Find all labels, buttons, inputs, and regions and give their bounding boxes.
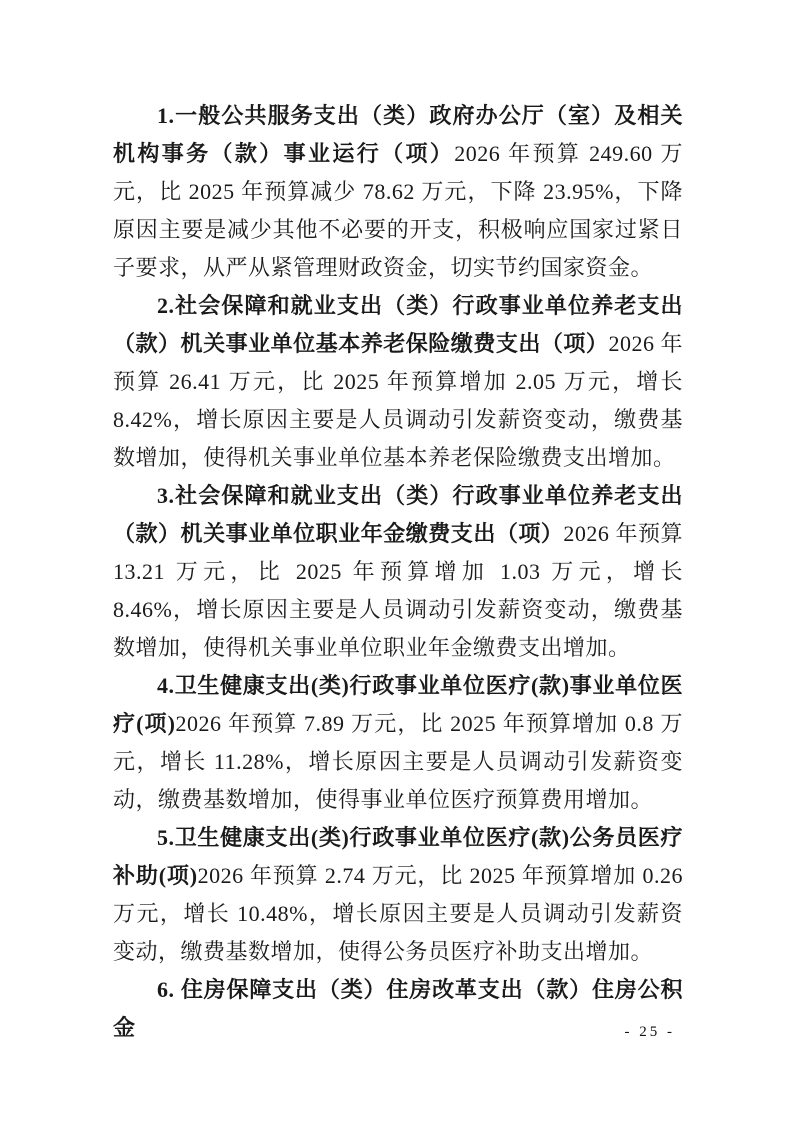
budget-paragraph-5: 5.卫生健康支出(类)行政事业单位医疗(款)公务员医疗补助(项)2026 年预算…	[113, 819, 683, 971]
document-page: 1.一般公共服务支出（类）政府办公厅（室）及相关机构事务（款）事业运行（项）20…	[0, 0, 793, 1122]
paragraph-6-heading: 6. 住房保障支出（类）住房改革支出（款）住房公积金	[113, 977, 683, 1040]
document-body: 1.一般公共服务支出（类）政府办公厅（室）及相关机构事务（款）事业运行（项）20…	[113, 97, 683, 1047]
budget-paragraph-6: 6. 住房保障支出（类）住房改革支出（款）住房公积金	[113, 971, 683, 1047]
page-number: - 25 -	[625, 1024, 676, 1041]
budget-paragraph-1: 1.一般公共服务支出（类）政府办公厅（室）及相关机构事务（款）事业运行（项）20…	[113, 97, 683, 287]
budget-paragraph-4: 4.卫生健康支出(类)行政事业单位医疗(款)事业单位医疗(项)2026 年预算 …	[113, 667, 683, 819]
paragraph-4-text: 2026 年预算 7.89 万元，比 2025 年预算增加 0.8 万元，增长 …	[113, 711, 683, 812]
budget-paragraph-2: 2.社会保障和就业支出（类）行政事业单位养老支出（款）机关事业单位基本养老保险缴…	[113, 287, 683, 477]
paragraph-2-heading: 2.社会保障和就业支出（类）行政事业单位养老支出（款）机关事业单位基本养老保险缴…	[113, 293, 683, 356]
paragraph-5-text: 2026 年预算 2.74 万元，比 2025 年预算增加 0.26 万元，增长…	[113, 863, 683, 964]
budget-paragraph-3: 3.社会保障和就业支出（类）行政事业单位养老支出（款）机关事业单位职业年金缴费支…	[113, 477, 683, 667]
